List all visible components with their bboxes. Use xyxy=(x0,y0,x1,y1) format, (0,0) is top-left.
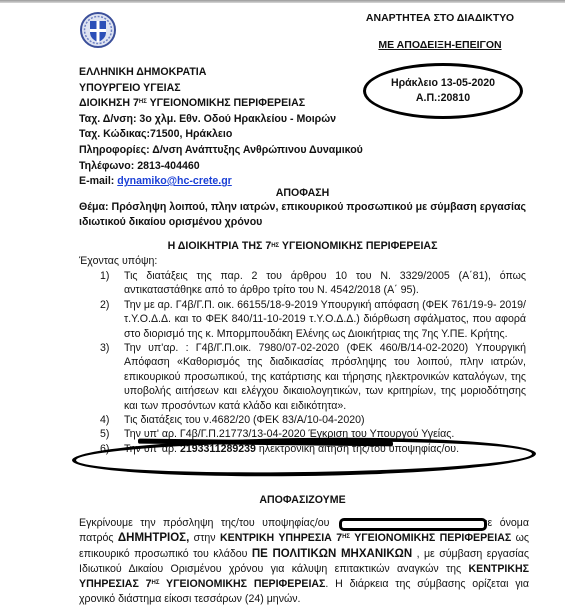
delivery-notice: ΜΕ ΑΠΟΔΕΙΞΗ-ΕΠΕΙΓΟΝ xyxy=(340,39,540,51)
address: Ταχ. Δ/νση: 3ο χλμ. Εθν. Οδού Ηρακλείου … xyxy=(79,112,363,128)
list-item: 3)Την υπ'αρ. : Γ4β/Γ.Π.οικ. 7980/07-02-2… xyxy=(79,341,526,413)
window-top-border xyxy=(0,0,565,3)
date-protocol-block: Ηράκλειο 13-05-2020 Α.Π.:20810 xyxy=(363,76,523,106)
decide-title: ΑΠΟΦΑΣΙΖΟΥΜΕ xyxy=(79,493,526,508)
info: Πληροφορίες: Δ/νση Ανάπτυξης Ανθρώπινου … xyxy=(79,143,363,159)
sender-block: ΕΛΛΗΝΙΚΗ ΔΗΜΟΚΡΑΤΙΑ ΥΠΟΥΡΓΕΙΟ ΥΓΕΙΑΣ ΔΙΟ… xyxy=(79,65,363,190)
list-item: 2)Την με αρ. Γ4β/Γ.Π. οικ. 66155/18-9-20… xyxy=(79,298,526,341)
posting-notice: ΑΝΑΡΤΗΤΕΑ ΣΤΟ ΔΙΑΔΙΚΤΥΟ xyxy=(340,12,540,24)
authority-heading: Η ΔΙΟΙΚΗΤΡΙΑ ΤΗΣ 7ΗΣ ΥΓΕΙΟΝΟΜΙΚΗΣ ΠΕΡΙΦΕ… xyxy=(79,239,526,254)
ministry: ΥΠΟΥΡΓΕΙΟ ΥΓΕΙΑΣ xyxy=(79,81,363,97)
redacted-name xyxy=(339,518,487,531)
greek-coat-of-arms-icon xyxy=(80,12,116,48)
protocol-number: Α.Π.:20810 xyxy=(363,91,523,106)
considering-label: Έχοντας υπόψη: xyxy=(79,254,157,269)
phone: Τηλέφωνο: 2813-404460 xyxy=(79,159,363,175)
postcode: Ταχ. Κώδικας:71500, Ηράκλειο xyxy=(79,127,363,143)
list-item: 1)Τις διατάξεις της παρ. 2 του άρθρου 10… xyxy=(79,269,526,298)
administration: ΔΙΟΙΚΗΣΗ 7ΗΣ ΥΓΕΙΟΝΟΜΙΚΗΣ ΠΕΡΙΦΕΡΕΙΑΣ xyxy=(79,96,363,112)
country: ΕΛΛΗΝΙΚΗ ΔΗΜΟΚΡΑΤΙΑ xyxy=(79,65,363,81)
list-item: 4)Τις διατάξεις του ν.4682/20 (ΦΕΚ 83/Α/… xyxy=(79,413,526,427)
decision-title: ΑΠΟΦΑΣΗ xyxy=(79,186,526,201)
considerations-list: 1)Τις διατάξεις της παρ. 2 του άρθρου 10… xyxy=(79,269,526,456)
subject: Θέμα: Πρόσληψη λοιπού, πλην ιατρών, επικ… xyxy=(79,200,526,229)
document-date: Ηράκλειο 13-05-2020 xyxy=(363,76,523,91)
